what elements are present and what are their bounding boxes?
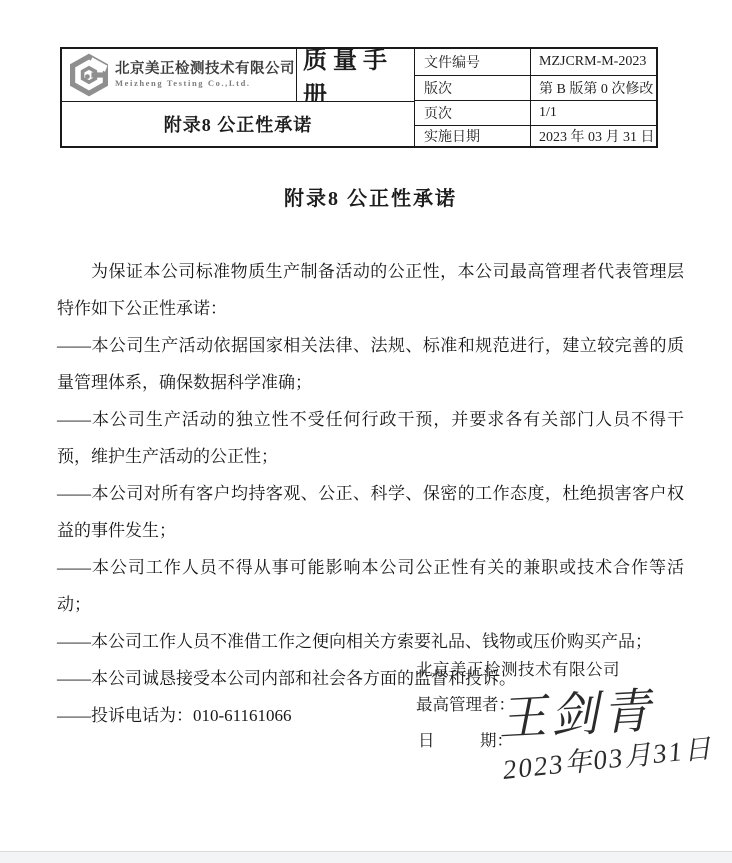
- paragraph-commitment-5: ——本公司工作人员不准借工作之便向相关方索要礼品、钱物或压价购买产品；: [57, 623, 684, 660]
- field-value-version: 第 B 版第 0 次修改: [531, 76, 656, 101]
- signature-date-label-left: 日: [418, 727, 435, 751]
- company-name-block: 北京美正检测技术有限公司 Meizheng Testing Co.,Ltd.: [115, 61, 295, 89]
- field-label-page: 页次: [415, 101, 531, 126]
- company-name-en: Meizheng Testing Co.,Ltd.: [115, 79, 295, 89]
- header-appendix-title: 附录8 公正性承诺: [62, 101, 415, 146]
- field-value-effective-date: 2023 年 03 月 31 日: [531, 126, 656, 146]
- field-value-page: 1/1: [531, 101, 656, 126]
- document-page: 北京美正检测技术有限公司 Meizheng Testing Co.,Ltd. 质…: [0, 0, 732, 863]
- company-name-cn: 北京美正检测技术有限公司: [115, 61, 295, 78]
- company-header-cell: 北京美正检测技术有限公司 Meizheng Testing Co.,Ltd.: [62, 49, 297, 101]
- field-label-doc-number: 文件编号: [415, 49, 531, 76]
- field-label-version: 版次: [415, 76, 531, 101]
- field-label-effective-date: 实施日期: [415, 126, 531, 146]
- paragraph-commitment-2: ——本公司生产活动的独立性不受任何行政干预，并要求各有关部门人员不得干预，维护生…: [57, 401, 684, 475]
- header-table: 北京美正检测技术有限公司 Meizheng Testing Co.,Ltd. 质…: [60, 47, 658, 148]
- paragraph-commitment-3: ——本公司对所有客户均持客观、公正、科学、保密的工作态度，杜绝损害客户权益的事件…: [57, 475, 684, 549]
- manual-title: 质量手册: [297, 49, 415, 101]
- page-title: 附录8 公正性承诺: [57, 182, 684, 211]
- paragraph-commitment-1: ——本公司生产活动依据国家相关法律、法规、标准和规范进行，建立较完善的质量管理体…: [57, 327, 684, 401]
- field-value-doc-number: MZJCRM-M-2023: [531, 49, 656, 76]
- company-logo-icon: [69, 53, 109, 97]
- viewport-bottom-strip: [0, 851, 732, 863]
- paragraph-commitment-4: ——本公司工作人员不得从事可能影响本公司公正性有关的兼职或技术合作等活动；: [57, 549, 684, 623]
- paragraph-intro: 为保证本公司标准物质生产制备活动的公正性，本公司最高管理者代表管理层特作如下公正…: [57, 253, 684, 327]
